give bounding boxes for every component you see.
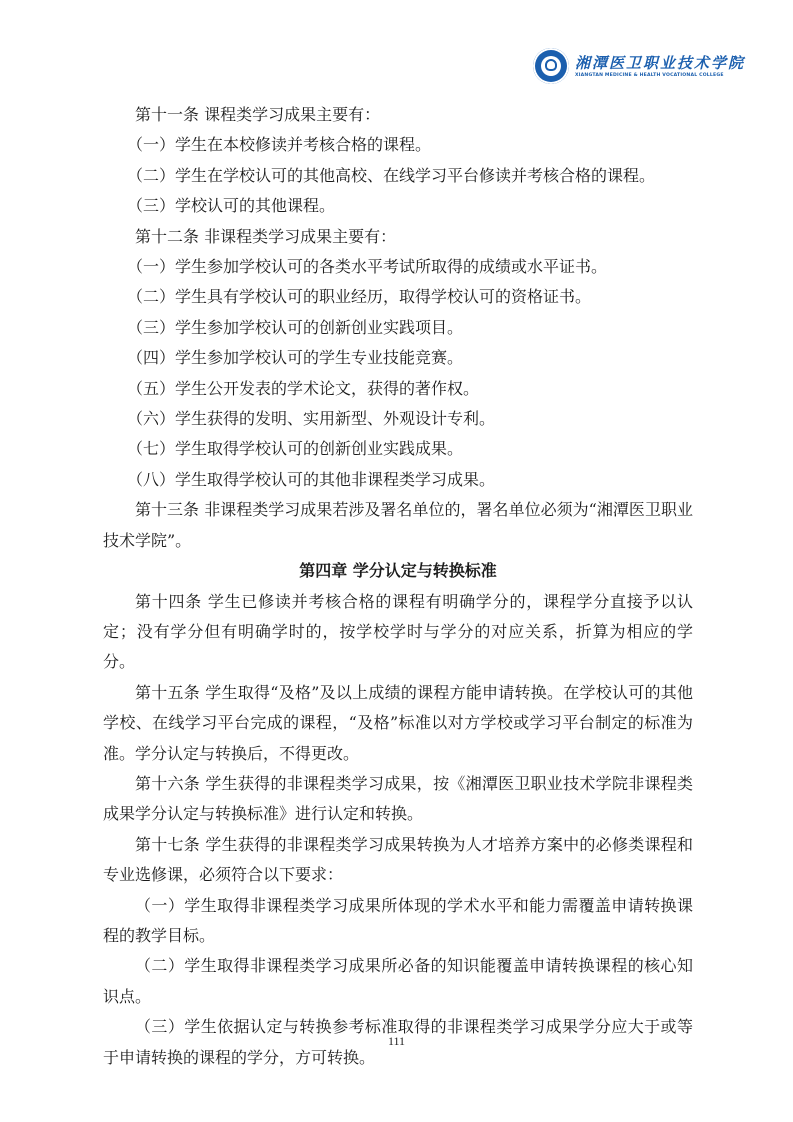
chapter-heading: 第四章 学分认定与转换标准: [103, 556, 693, 586]
article-12-item-3: （三）学生参加学校认可的创新创业实践项目。: [103, 313, 693, 343]
college-emblem-icon: [533, 48, 569, 84]
article-12-item-7: （七）学生取得学校认可的创新创业实践成果。: [103, 434, 693, 464]
college-logo: 湘潭医卫职业技术学院 XIANGTAN MEDICINE & HEALTH VO…: [533, 46, 773, 86]
article-17: 第十七条 学生获得的非课程类学习成果转换为人才培养方案中的必修类课程和专业选修课…: [103, 830, 693, 891]
article-11-item-3: （三）学校认可的其他课程。: [103, 191, 693, 221]
article-14: 第十四条 学生已修读并考核合格的课程有明确学分的，课程学分直接予以认定；没有学分…: [103, 587, 693, 678]
article-12-item-4: （四）学生参加学校认可的学生专业技能竞赛。: [103, 343, 693, 373]
article-12-item-1: （一）学生参加学校认可的各类水平考试所取得的成绩或水平证书。: [103, 252, 693, 282]
article-17-item-2: （二）学生取得非课程类学习成果所必备的知识能覆盖申请转换课程的核心知识点。: [103, 951, 693, 1012]
article-12: 第十二条 非课程类学习成果主要有：: [103, 222, 693, 252]
article-12-item-2: （二）学生具有学校认可的职业经历，取得学校认可的资格证书。: [103, 282, 693, 312]
article-17-item-1: （一）学生取得非课程类学习成果所体现的学术水平和能力需覆盖申请转换课程的教学目标…: [103, 891, 693, 952]
article-11: 第十一条 课程类学习成果主要有：: [103, 100, 693, 130]
college-name: 湘潭医卫职业技术学院 XIANGTAN MEDICINE & HEALTH VO…: [575, 54, 745, 79]
article-11-item-2: （二）学生在学校认可的其他高校、在线学习平台修读并考核合格的课程。: [103, 161, 693, 191]
article-12-item-6: （六）学生获得的发明、实用新型、外观设计专利。: [103, 404, 693, 434]
document-body: 第十一条 课程类学习成果主要有： （一）学生在本校修读并考核合格的课程。 （二）…: [103, 100, 693, 1073]
article-16: 第十六条 学生获得的非课程类学习成果，按《湘潭医卫职业技术学院非课程类成果学分认…: [103, 769, 693, 830]
article-13: 第十三条 非课程类学习成果若涉及署名单位的，署名单位必须为“湘潭医卫职业技术学院…: [103, 495, 693, 556]
article-15: 第十五条 学生取得“及格”及以上成绩的课程方能申请转换。在学校认可的其他学校、在…: [103, 678, 693, 769]
college-name-en: XIANGTAN MEDICINE & HEALTH VOCATIONAL CO…: [575, 72, 745, 79]
article-12-item-5: （五）学生公开发表的学术论文，获得的著作权。: [103, 374, 693, 404]
college-name-cn: 湘潭医卫职业技术学院: [575, 54, 745, 72]
page-number: 111: [0, 1034, 793, 1049]
article-12-item-8: （八）学生取得学校认可的其他非课程类学习成果。: [103, 465, 693, 495]
article-11-item-1: （一）学生在本校修读并考核合格的课程。: [103, 130, 693, 160]
